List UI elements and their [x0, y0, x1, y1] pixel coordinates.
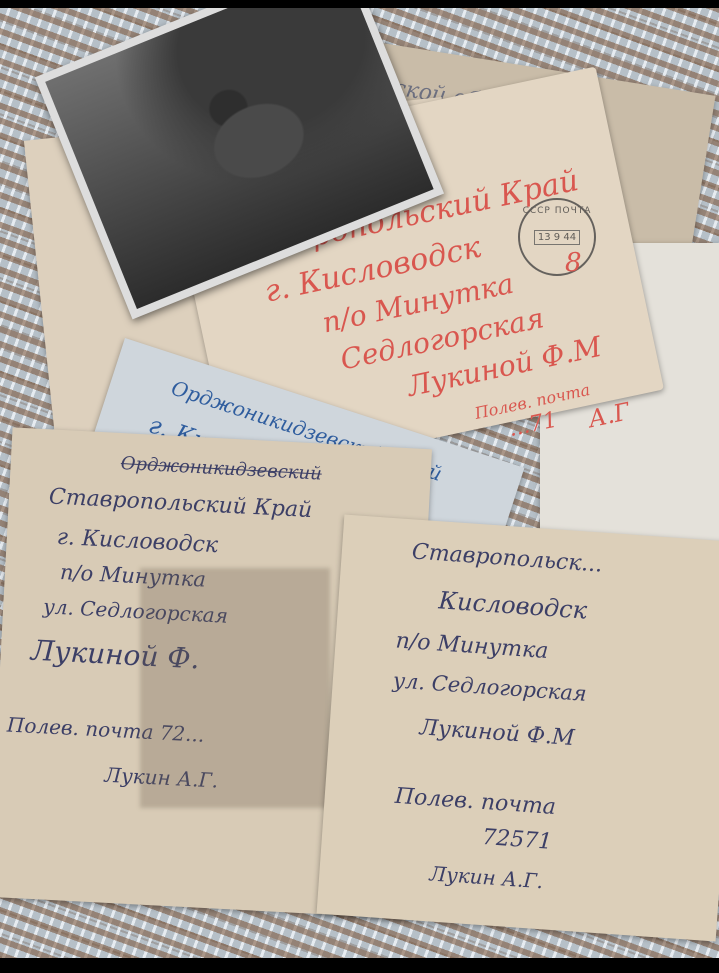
bottom-border — [0, 958, 719, 973]
postmark-ring-text: СССР ПОЧТА — [520, 206, 594, 216]
letter-line: Кисловодск — [438, 586, 588, 624]
letter-line: Лукиной Ф.М — [419, 715, 575, 751]
letter-line: 72571 — [481, 825, 553, 855]
red-mark: 8 — [565, 248, 582, 278]
letter-line: п/о Минутка — [395, 628, 549, 664]
bottom-right-letter: Ставропольск... Кисловодск п/о Минутка у… — [317, 515, 719, 942]
shadow — [140, 568, 330, 808]
letter-line: Полев. почта — [394, 784, 557, 820]
photo-description: Black-and-white photograph of a soldier … — [137, 308, 138, 309]
postmark-date: 13 9 44 — [534, 230, 580, 245]
crossed-out-line: Орджоникидзевский — [120, 453, 322, 484]
photo-scene: ...ской обл Фомина ...ский Кр ...одск Ст… — [0, 8, 719, 958]
letter-line: Лукин А.Г. — [429, 861, 544, 893]
letter-line: г. Кисловодск — [56, 525, 218, 558]
letter-line: ул. Седлогорская — [392, 668, 587, 705]
top-border — [0, 0, 719, 8]
letter-line: Ставропольск... — [411, 539, 603, 577]
postmark-stamp: СССР ПОЧТА 13 9 44 — [518, 198, 596, 276]
letter-line: Ставропольский Край — [48, 484, 312, 523]
